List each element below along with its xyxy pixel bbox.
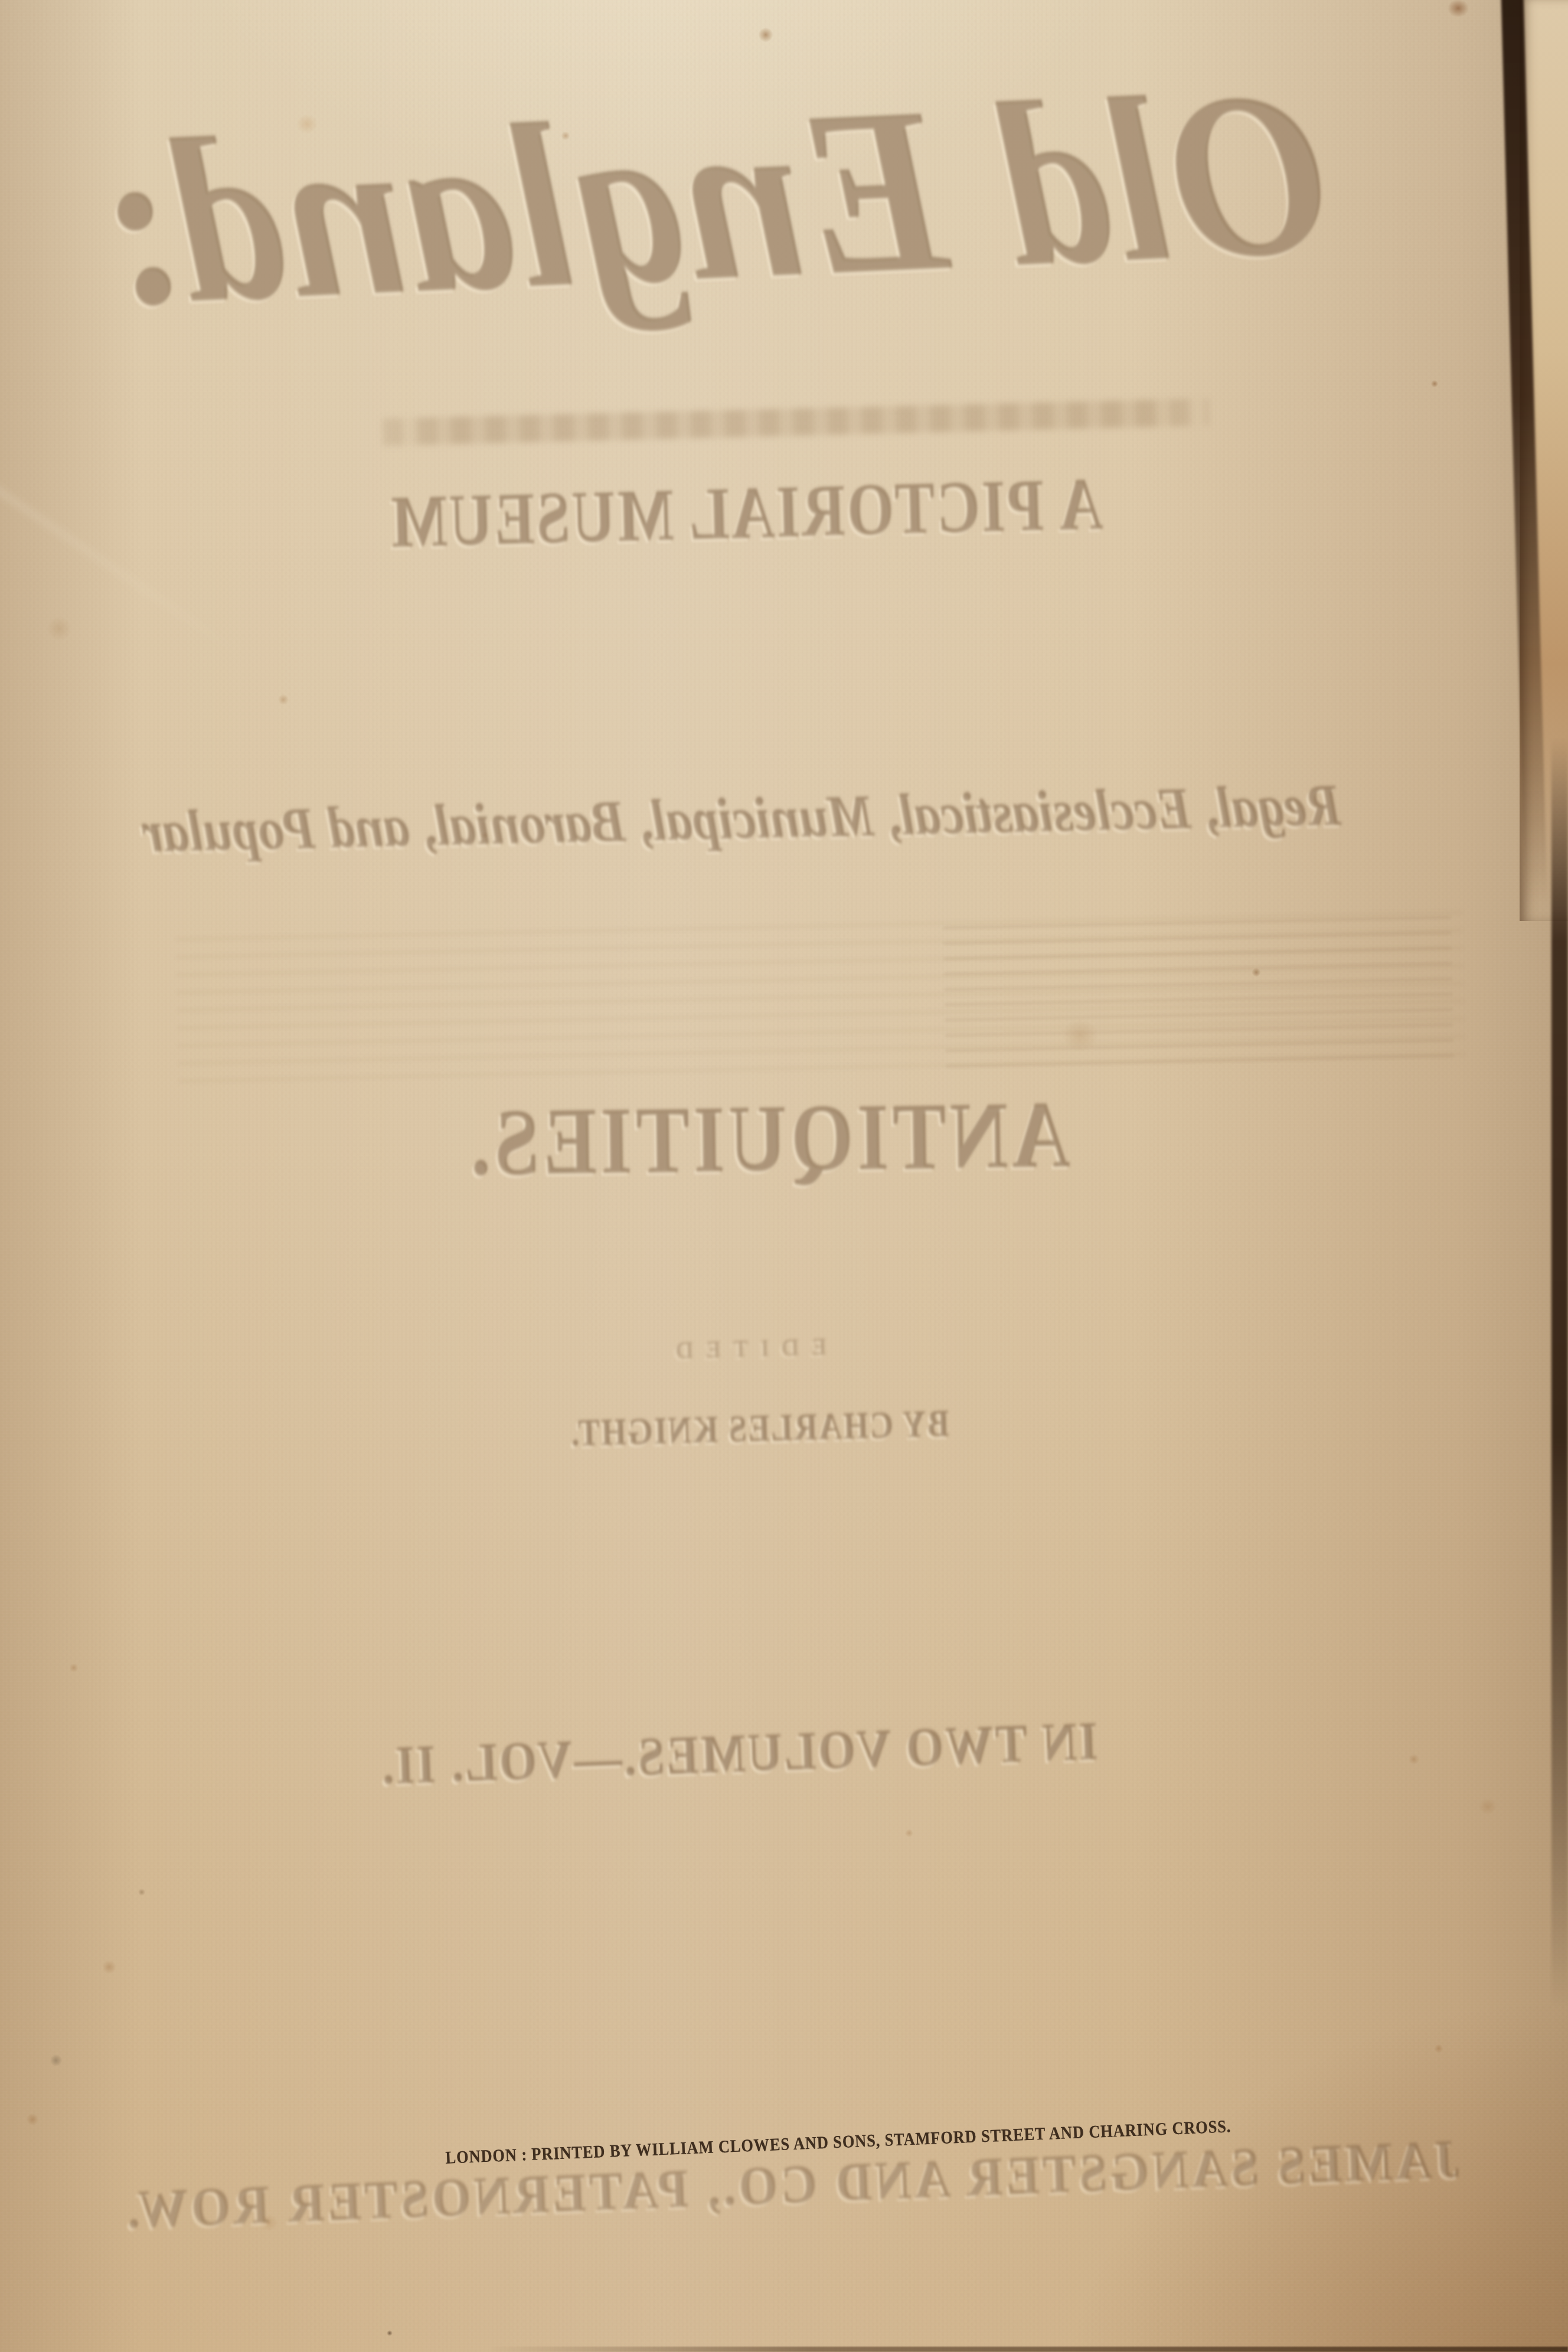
book-page-photo: Old England: A PICTORIAL MUSEUM Regal, E…	[0, 0, 1568, 2352]
showthrough-edited-text: EDITED	[662, 1333, 826, 1365]
bottom-page-edge-shadow	[490, 2347, 1568, 2352]
showthrough-title-text: Old England:	[97, 43, 1332, 356]
showthrough-antiquities-text: ANTIQUITIES.	[465, 1081, 1070, 1198]
gutter-shadow-lower	[1551, 738, 1568, 2007]
showthrough-antiquities-line: ANTIQUITIES.	[411, 1080, 1123, 1200]
showthrough-edited-label: EDITED	[662, 1333, 826, 1365]
showthrough-text-streaks-dense	[943, 916, 1453, 1080]
